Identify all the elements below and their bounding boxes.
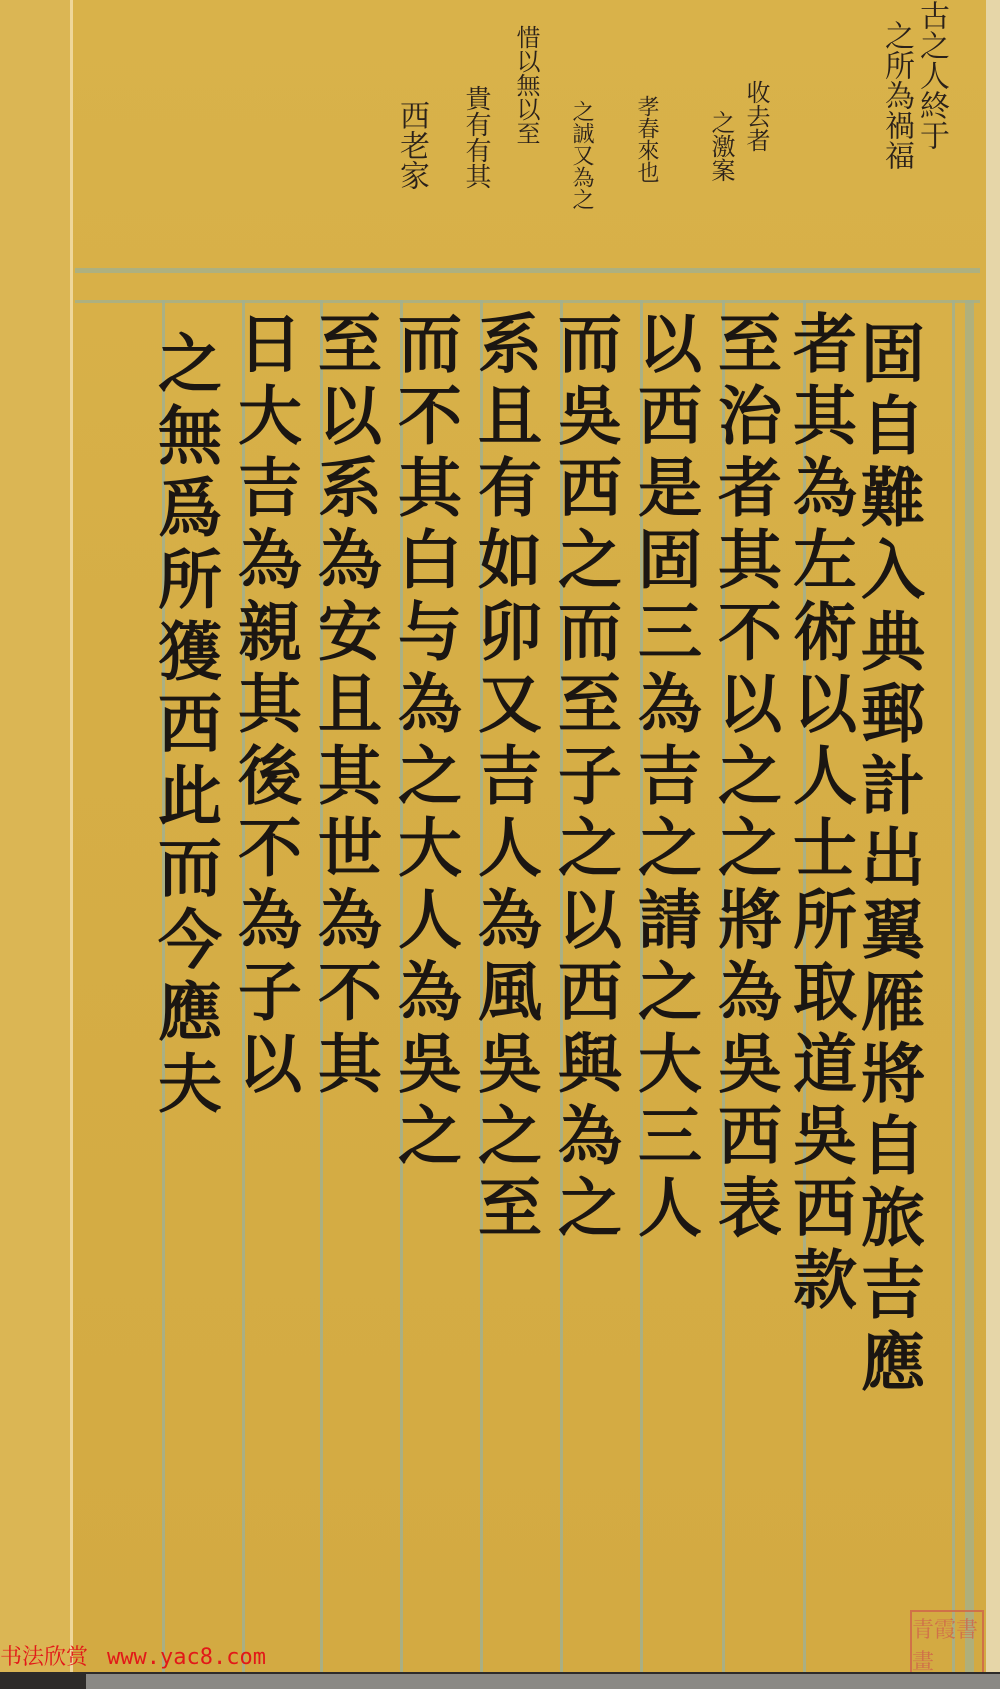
column-rule-double	[965, 300, 974, 1672]
top-note: 西老家	[395, 100, 427, 190]
column-rule	[952, 300, 955, 1672]
ruling-line-top	[75, 268, 980, 273]
text-column-9: 日大吉為親其後不為子以	[245, 310, 323, 1102]
watermark-url: www.yac8.com	[107, 1645, 266, 1670]
top-note: 古之人終于	[915, 0, 947, 150]
text-column-2: 者其為左術以人士所取道吳西款	[800, 310, 878, 1318]
text-column-10: 之無爲所獲西此而今應夫	[165, 330, 243, 1122]
top-note: 之激案	[705, 110, 737, 182]
text-column-8: 至以系為安且其世為不其	[325, 310, 403, 1102]
watermark-label: 书法欣赏	[0, 1645, 88, 1670]
text-column-3: 至治者其不以之之將為吳西表	[725, 310, 803, 1246]
text-column-6: 系且有如卯又吉人為風吳之至	[485, 310, 563, 1246]
paper-fold-line	[70, 0, 73, 1672]
text-column-5: 而吳西之而至子之以西與為之	[565, 310, 643, 1246]
text-column-4: 以西是固三為吉之請之大三人	[645, 310, 723, 1246]
top-note: 孝春來也	[630, 95, 662, 183]
top-note: 之誠又為之	[565, 100, 597, 210]
top-note: 之所為禍福	[880, 20, 912, 170]
manuscript-scan: 古之人終于 之所為禍福 收去者 之激案 孝春來也 之誠又為之 惜以無以至 貴有有…	[0, 0, 1000, 1672]
left-paper-strip	[0, 0, 70, 1672]
top-note: 收去者	[740, 80, 772, 152]
top-note: 貴有有其	[460, 85, 492, 189]
right-margin	[986, 0, 1000, 1672]
text-column-1: 固自難入典郵計出翼雁將自旅吉應	[868, 320, 946, 1400]
top-note: 惜以無以至	[510, 25, 542, 145]
ruling-line-top-inner	[75, 300, 980, 303]
text-column-7: 而不其白与為之大人為吳之	[405, 310, 483, 1174]
watermark: 书法欣赏 www.yac8.com	[0, 1640, 266, 1671]
bottom-border	[0, 1672, 1000, 1689]
bottom-textured-border	[86, 1674, 1000, 1689]
